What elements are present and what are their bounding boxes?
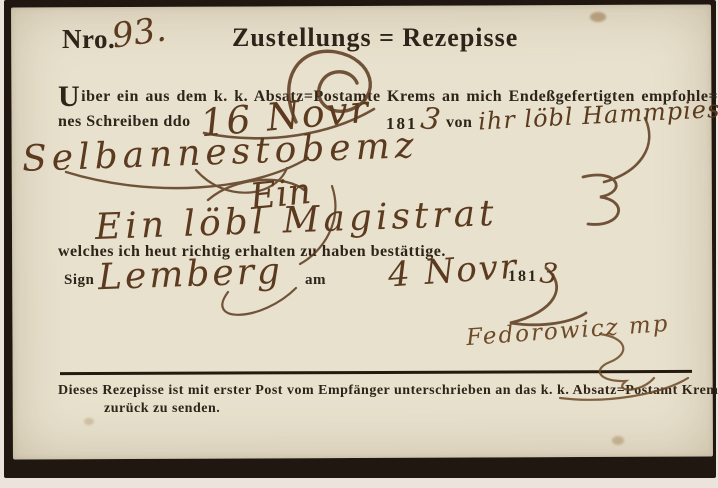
scanned-document: Nro. 93. Zustellungs = Rezepisse Uiber e… — [0, 0, 718, 488]
nro-handwritten-number: 93. — [109, 9, 168, 56]
printed-year-2: 181 — [508, 268, 538, 286]
footer-line-2: zurück zu senden. — [104, 401, 220, 417]
handwritten-year-digit-2: 3 — [538, 256, 559, 291]
nro-label: Nro. — [62, 24, 115, 55]
drop-cap-initial: U — [58, 80, 80, 113]
sign-label: Sign — [64, 272, 94, 289]
von-label: von — [446, 114, 472, 132]
document-title: Zustellungs = Rezepisse — [232, 23, 518, 53]
handwritten-place: Lemberg — [97, 251, 283, 298]
am-label: am — [305, 272, 326, 289]
footer-line-1: Dieses Rezepisse ist mit erster Post vom… — [58, 383, 718, 399]
body-line-2: nes Schreiben ddo — [58, 113, 191, 131]
